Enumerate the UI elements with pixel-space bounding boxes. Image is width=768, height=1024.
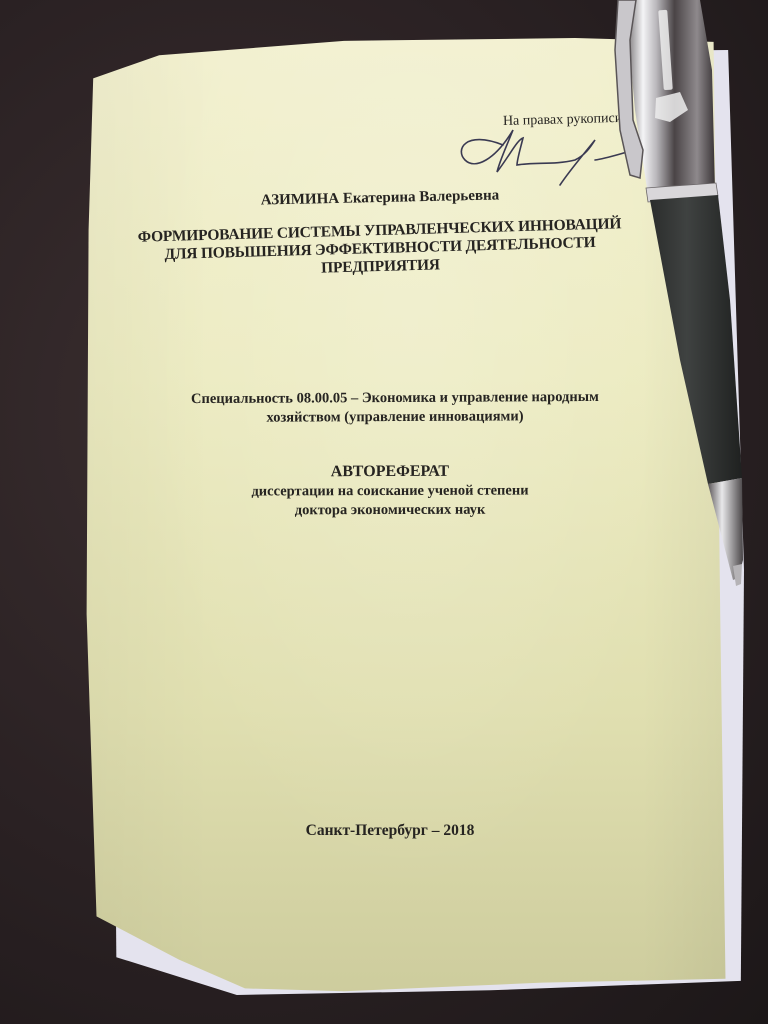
abstract-heading: АВТОРЕФЕРАТ xyxy=(200,461,580,481)
abstract-line: диссертации на соискание ученой степени xyxy=(200,481,580,501)
signature-icon xyxy=(455,120,655,190)
photo-scene: На правах рукописи АЗИМИНА Екатерина Вал… xyxy=(0,0,768,1024)
specialty-line: Специальность 08.00.05 – Экономика и упр… xyxy=(150,388,640,410)
abstract-block: АВТОРЕФЕРАТ диссертации на соискание уче… xyxy=(200,461,580,520)
city-year: Санкт-Петербург – 2018 xyxy=(250,822,530,840)
specialty-line: хозяйством (управление инновациями) xyxy=(150,407,640,429)
abstract-line: доктора экономических наук xyxy=(200,500,580,520)
specialty: Специальность 08.00.05 – Экономика и упр… xyxy=(150,388,640,429)
